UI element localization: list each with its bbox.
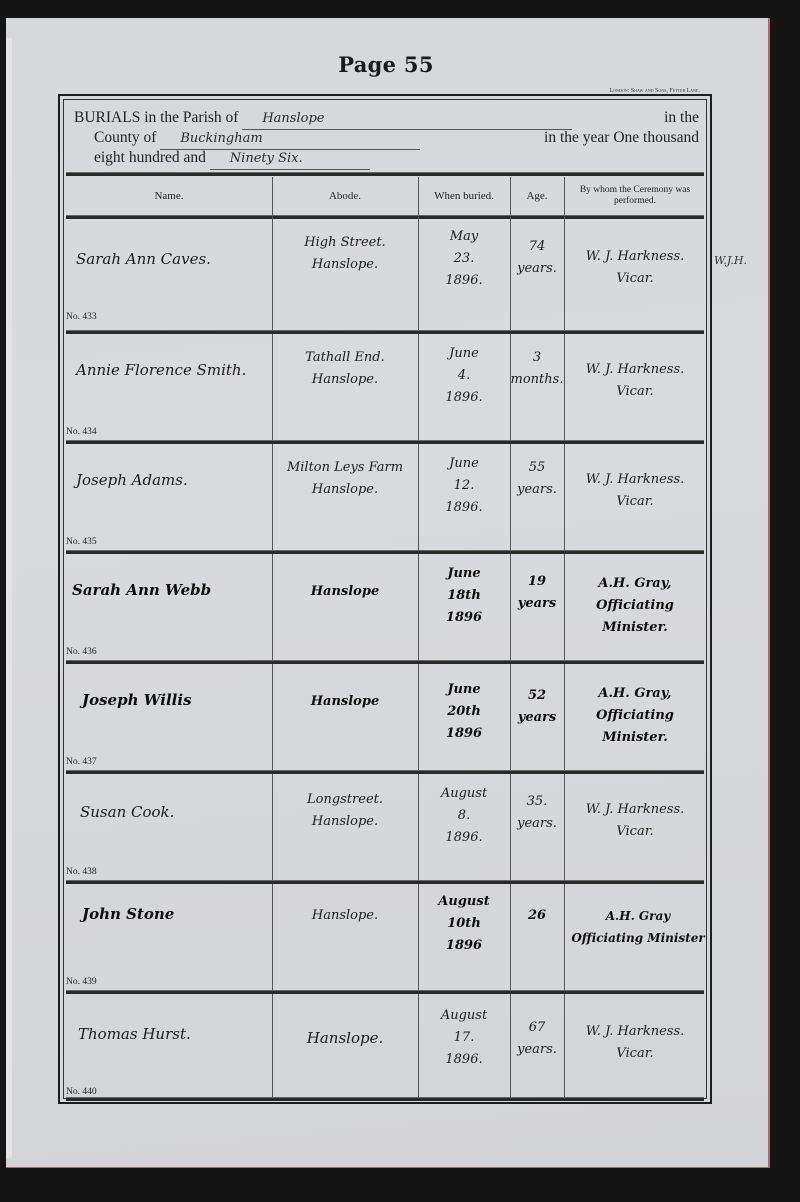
row-rule (66, 770, 704, 774)
age-value: 26 (510, 905, 564, 927)
age-unit: months. (510, 369, 564, 391)
date-month: August (418, 783, 510, 805)
row-rule (66, 660, 704, 664)
county-field: Buckingham (160, 129, 420, 150)
age-value: 55 (510, 457, 564, 479)
row-rule (66, 990, 704, 994)
age-cell: 67years. (510, 1017, 564, 1127)
officiant-line: A.H. Gray (564, 905, 712, 927)
officiant-line: Vicar. (564, 1043, 706, 1065)
register-heading: BURIALS in the Parish of Hanslope in the… (74, 108, 699, 168)
abode-line: Hanslope. (272, 905, 418, 927)
col-header-officiant: By whom the Ceremony was performed. (564, 177, 706, 215)
name-cell: Thomas Hurst. (78, 1025, 191, 1043)
entry-number: No. 440 (66, 1087, 97, 1097)
date-day: 18th (418, 585, 510, 607)
abode-line: High Street. (272, 232, 418, 254)
officiant-line: W. J. Harkness. (564, 799, 706, 821)
date-month: August (418, 891, 510, 913)
name-cell: Sarah Ann Webb (72, 581, 211, 599)
age-value: 52 (510, 685, 564, 707)
officiant-line: Minister. (564, 617, 706, 639)
age-unit: years. (510, 479, 564, 501)
entry-number: No. 437 (66, 757, 97, 767)
table-bottom-rule (66, 1097, 704, 1101)
header-rule-top (66, 172, 704, 176)
date-year: 1896 (418, 607, 510, 629)
date-cell: June4.1896. (418, 343, 510, 453)
date-cell: May23.1896. (418, 226, 510, 336)
heading-suffix-1: in the (664, 108, 699, 128)
officiant-line: Vicar. (564, 268, 706, 290)
date-day: 12. (418, 475, 510, 497)
officiant-line: W. J. Harkness. (564, 246, 706, 268)
row-rule (66, 330, 704, 334)
table-row: Thomas Hurst. No. 440 Hanslope. August17… (66, 995, 706, 1105)
age-unit: years. (510, 813, 564, 835)
date-month: May (418, 226, 510, 248)
officiant-line: A.H. Gray, (564, 573, 706, 595)
heading-prefix-1: BURIALS in the Parish of (74, 109, 238, 126)
officiant-cell: W. J. Harkness.Vicar. (564, 1021, 706, 1131)
abode-line: Longstreet. (272, 789, 418, 811)
page-title: Page 55 (6, 52, 766, 77)
age-value: 74 (510, 236, 564, 258)
col-header-age: Age. (510, 177, 564, 215)
date-year: 1896. (418, 1049, 510, 1071)
entry-number: No. 436 (66, 647, 97, 657)
table-row: Joseph Willis No. 437 Hanslope June20th1… (66, 665, 706, 775)
table-row: Susan Cook. No. 438 Longstreet.Hanslope.… (66, 775, 706, 885)
age-unit: years (510, 707, 564, 729)
abode-line: Hanslope. (272, 479, 418, 501)
officiant-line: Minister. (564, 727, 706, 749)
heading-prefix-2: County of (94, 129, 156, 146)
date-cell: June12.1896. (418, 453, 510, 563)
date-day: 4. (418, 365, 510, 387)
date-month: June (418, 679, 510, 701)
heading-suffix-2: in the year One thousand (544, 128, 699, 148)
table-row: Sarah Ann Webb No. 436 Hanslope June18th… (66, 555, 706, 665)
table-row: John Stone No. 439 Hanslope. August10th1… (66, 885, 706, 995)
name-cell: John Stone (82, 905, 174, 923)
burial-register-table: BURIALS in the Parish of Hanslope in the… (58, 94, 712, 1104)
year-field: Ninety Six. (210, 149, 370, 170)
abode-line: Hanslope. (272, 811, 418, 833)
abode-line: Tathall End. (272, 347, 418, 369)
name-cell: Susan Cook. (80, 803, 174, 821)
age-value: 35. (510, 791, 564, 813)
date-month: August (418, 1005, 510, 1027)
abode-line: Hanslope. (272, 369, 418, 391)
entry-number: No. 438 (66, 867, 97, 877)
register-page: Page 55 London: Shaw and Sons, Fetter La… (6, 18, 770, 1168)
column-header-row: Name. Abode. When buried. Age. By whom t… (66, 177, 706, 215)
date-day: 23. (418, 248, 510, 270)
age-value: 3 (510, 347, 564, 369)
officiant-line: Vicar. (564, 491, 706, 513)
parish-field: Hanslope (242, 109, 572, 130)
officiant-line: Officiating (564, 705, 706, 727)
age-unit: years. (510, 1039, 564, 1061)
date-year: 1896 (418, 935, 510, 957)
date-cell: August10th1896 (418, 891, 510, 1001)
abode-line: Hanslope. (272, 254, 418, 276)
col-header-name: Name. (66, 177, 272, 215)
name-cell: Joseph Willis (82, 691, 192, 709)
age-value: 19 (510, 571, 564, 593)
date-day: 17. (418, 1027, 510, 1049)
date-year: 1896. (418, 827, 510, 849)
entry-number: No. 435 (66, 537, 97, 547)
age-unit: years (510, 593, 564, 615)
date-month: June (418, 563, 510, 585)
name-cell: Sarah Ann Caves. (76, 250, 211, 268)
heading-prefix-3: eight hundred and (94, 149, 206, 166)
age-unit: years. (510, 258, 564, 280)
header-rule-bottom (66, 215, 704, 219)
col-header-abode: Abode. (272, 177, 418, 215)
officiant-line: W. J. Harkness. (564, 359, 706, 381)
officiant-line: Vicar. (564, 821, 706, 843)
margin-initials: W.J.H. (714, 254, 747, 267)
name-cell: Joseph Adams. (76, 471, 188, 489)
officiant-line: W. J. Harkness. (564, 469, 706, 491)
date-day: 10th (418, 913, 510, 935)
date-cell: June18th1896 (418, 563, 510, 673)
abode-line: Hanslope (272, 691, 418, 713)
row-rule (66, 440, 704, 444)
name-cell: Annie Florence Smith. (76, 361, 246, 379)
entry-number: No. 439 (66, 977, 97, 987)
table-row: Sarah Ann Caves. No. 433 High Street.Han… (66, 220, 706, 330)
date-year: 1896. (418, 497, 510, 519)
officiant-line: Vicar. (564, 381, 706, 403)
col-header-when-buried: When buried. (418, 177, 510, 215)
date-year: 1896 (418, 723, 510, 745)
date-month: June (418, 453, 510, 475)
date-cell: August8.1896. (418, 783, 510, 893)
entry-number: No. 433 (66, 312, 97, 322)
officiant-line: Officiating Minister (564, 927, 712, 949)
date-day: 20th (418, 701, 510, 723)
table-row: Annie Florence Smith. No. 434 Tathall En… (66, 335, 706, 445)
date-year: 1896. (418, 270, 510, 292)
abode-cell: Hanslope. (272, 1027, 418, 1137)
abode-cell: High Street.Hanslope. (272, 232, 418, 342)
age-value: 67 (510, 1017, 564, 1039)
officiant-line: W. J. Harkness. (564, 1021, 706, 1043)
row-rule (66, 880, 704, 884)
entry-number: No. 434 (66, 427, 97, 437)
date-month: June (418, 343, 510, 365)
table-row: Joseph Adams. No. 435 Milton Leys FarmHa… (66, 445, 706, 555)
abode-line: Hanslope. (272, 1027, 418, 1049)
officiant-line: Officiating (564, 595, 706, 617)
date-day: 8. (418, 805, 510, 827)
row-rule (66, 550, 704, 554)
page-edge (6, 38, 12, 1158)
date-year: 1896. (418, 387, 510, 409)
abode-line: Hanslope (272, 581, 418, 603)
officiant-line: A.H. Gray, (564, 683, 706, 705)
abode-line: Milton Leys Farm (272, 457, 418, 479)
